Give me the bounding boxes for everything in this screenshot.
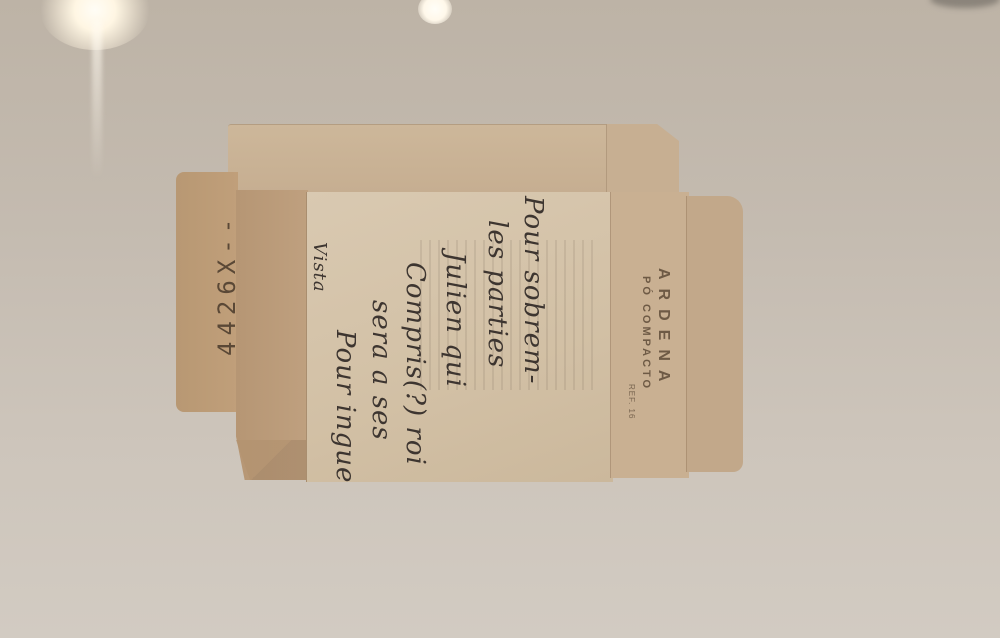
- handwriting-line: sera a ses: [366, 300, 396, 441]
- light-streak: [92, 20, 102, 180]
- handwriting-line: les parties: [482, 220, 512, 368]
- handwriting-line: Julien qui: [440, 252, 470, 388]
- light-glare-small: [418, 0, 452, 24]
- handwriting-line: Pour ingue: [330, 330, 360, 483]
- printed-code: 4426X--: [213, 213, 241, 356]
- product-name: PÓ COMPACTO: [640, 276, 652, 391]
- shadow: [930, 0, 1000, 8]
- handwriting-line: Pour sobrem-: [518, 196, 548, 384]
- brand-name: ARDENA: [654, 268, 672, 390]
- box-right-flap: [686, 196, 743, 472]
- product-reference: REF. 16: [627, 384, 636, 419]
- box-top-flap: [228, 124, 608, 193]
- handwriting-side-note: Vista: [309, 242, 330, 293]
- handwriting-line: Compris(?) roi: [400, 262, 430, 466]
- box-left-side: [236, 190, 308, 480]
- box-top-flap-tab: [606, 124, 679, 192]
